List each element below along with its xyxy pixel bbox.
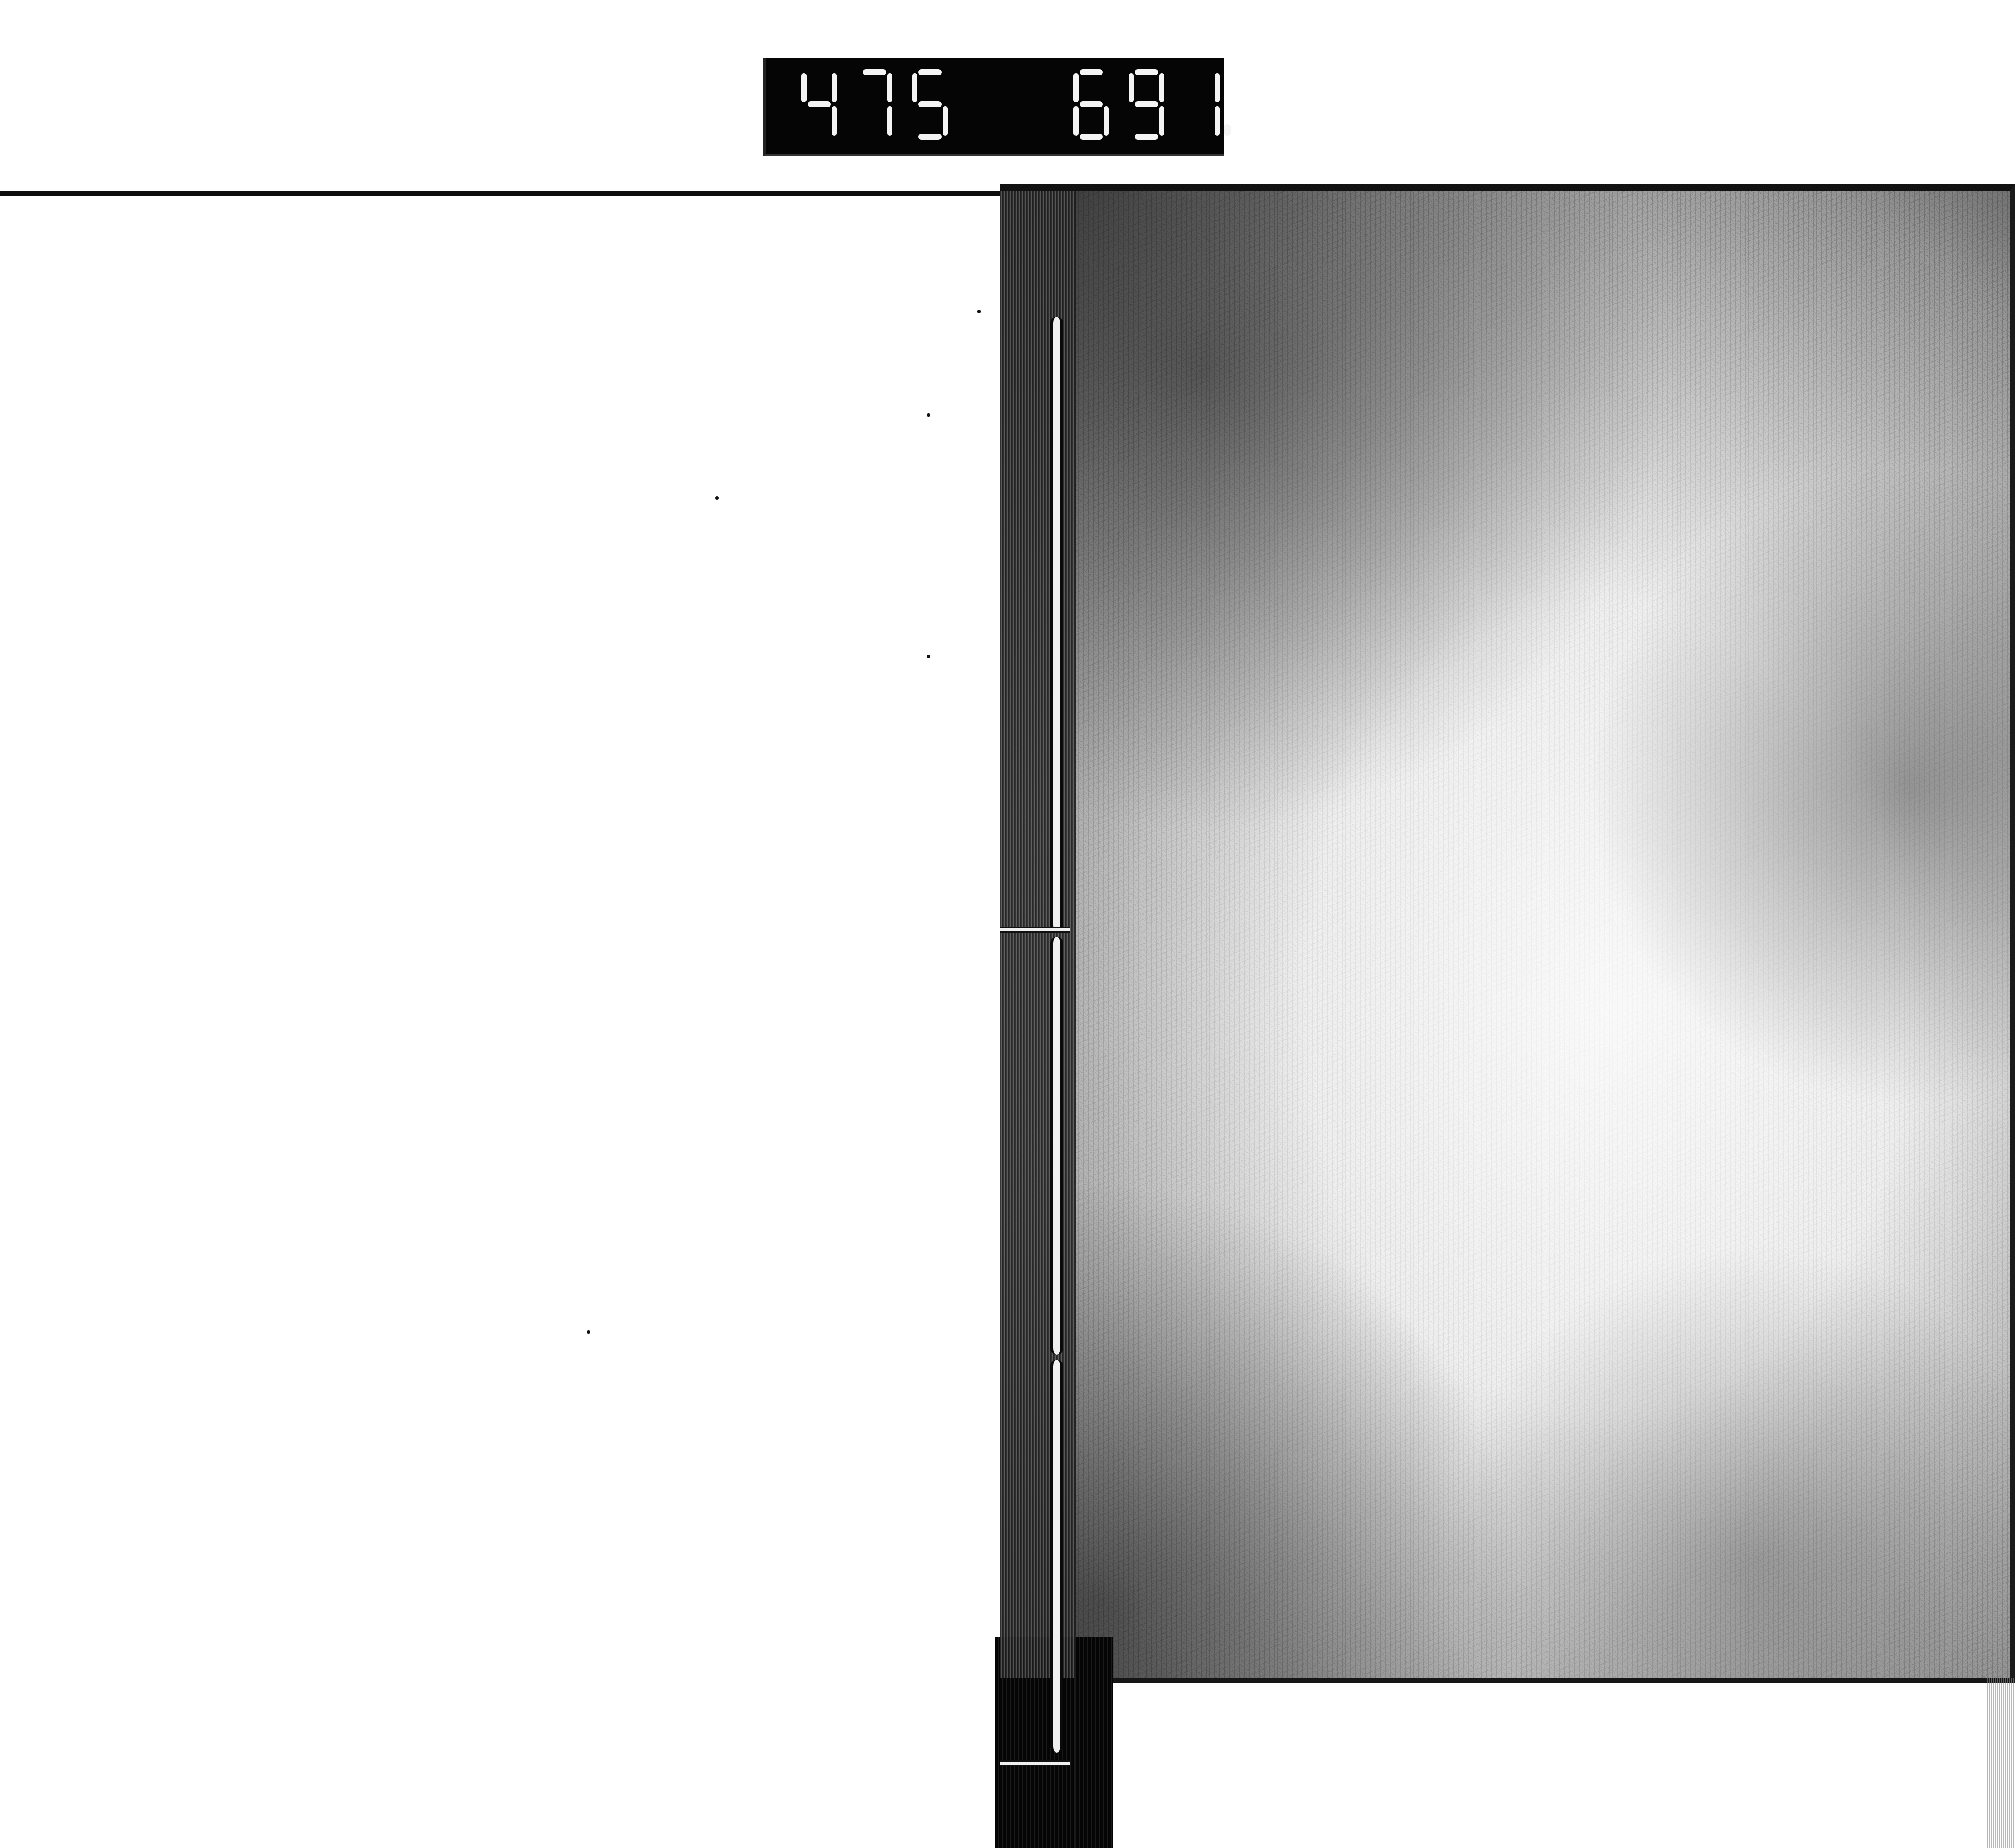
scan-rule-line bbox=[0, 191, 1002, 196]
scan-edge-noise bbox=[1987, 1678, 2015, 1848]
binding-stitch bbox=[1050, 317, 1063, 932]
scan-speck bbox=[927, 655, 930, 658]
reel-number bbox=[801, 69, 948, 140]
seven-segment-digit bbox=[857, 69, 892, 140]
scan-speck bbox=[927, 413, 930, 417]
seven-segment-digit bbox=[1073, 69, 1109, 140]
seven-segment-digit bbox=[1184, 69, 1220, 140]
seven-segment-digit bbox=[801, 69, 837, 140]
binding-stitch bbox=[1050, 937, 1063, 1355]
binding-stitch-cross bbox=[1000, 927, 1070, 933]
scan-speck bbox=[587, 1330, 590, 1334]
frame-number bbox=[1073, 69, 1220, 140]
book-cover bbox=[1000, 184, 2015, 1683]
scan-speck bbox=[715, 496, 719, 500]
binding-stitch bbox=[1050, 1360, 1063, 1753]
binding-stitch-cross bbox=[1000, 1760, 1070, 1766]
seven-segment-digit bbox=[912, 69, 948, 140]
microfilm-frame-label: 475 691. bbox=[763, 58, 1224, 156]
seven-segment-digit bbox=[1129, 69, 1164, 140]
scan-speck bbox=[977, 310, 981, 313]
binding-strip bbox=[1000, 191, 1076, 1678]
